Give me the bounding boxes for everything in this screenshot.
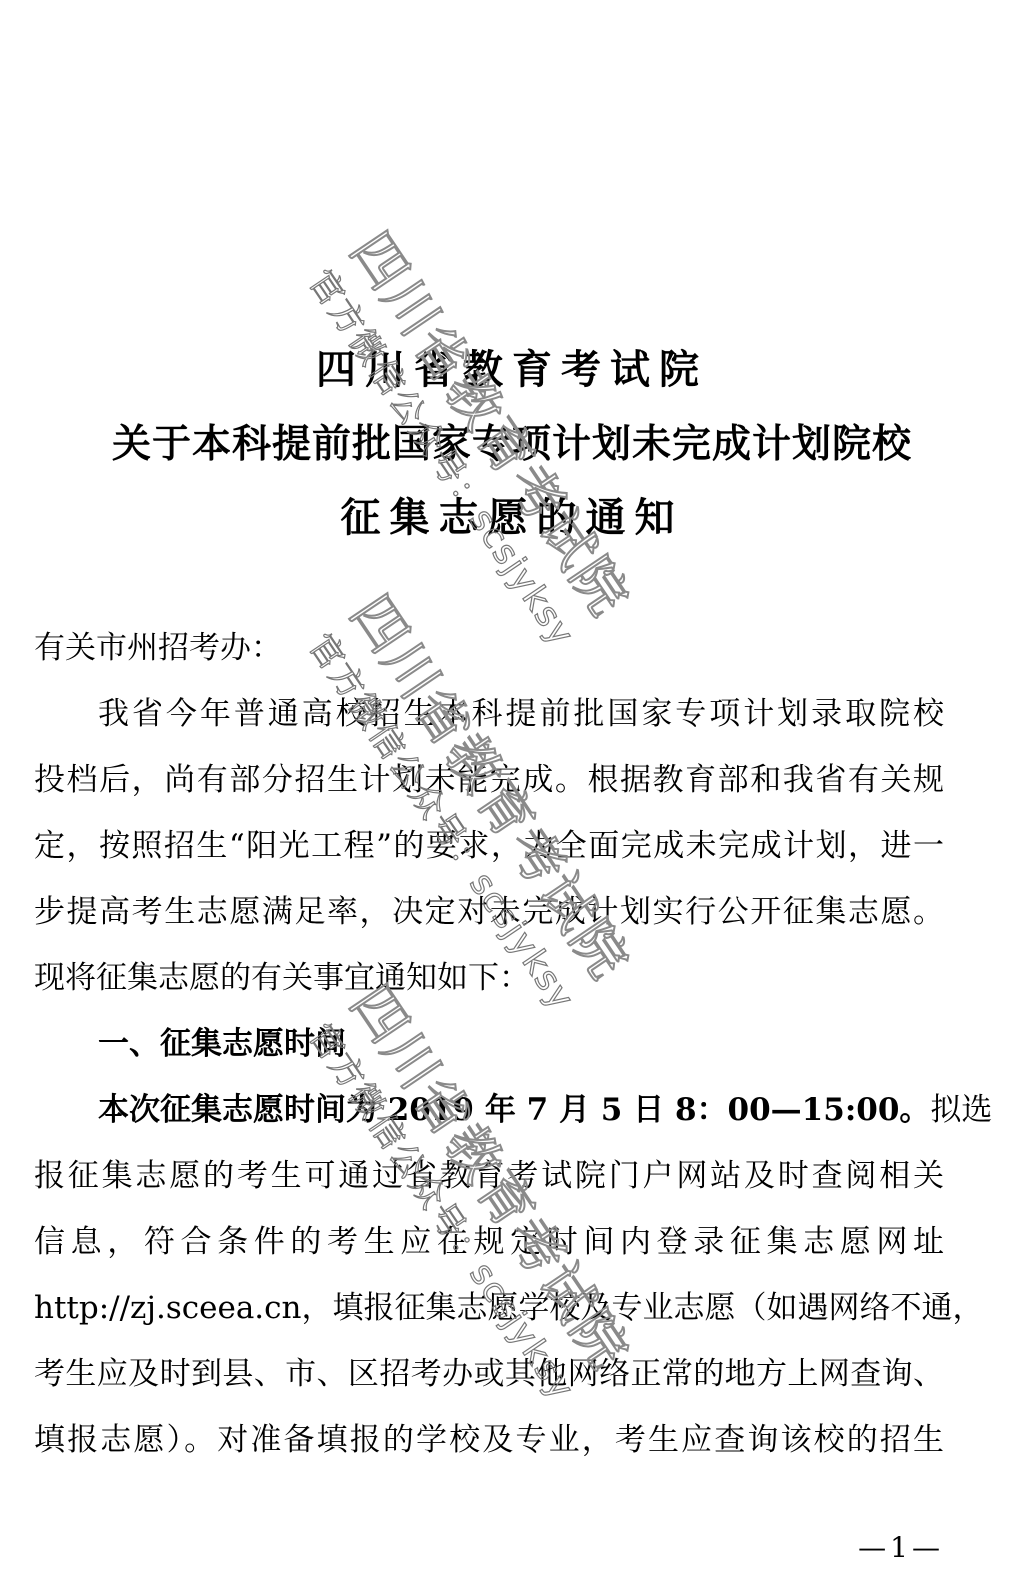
paragraph-line-url: http://zj.sceea.cn，填报征集志愿学校及专业志愿（如遇网络不通， xyxy=(34,1288,944,1328)
paragraph-line: 填报志愿）。对准备填报的学校及专业，考生应查询该校的招生 xyxy=(34,1420,944,1460)
paragraph-line: 信息，符合条件的考生应在规定时间内登录征集志愿网址 xyxy=(34,1222,944,1262)
watermark-account: 官方微信公众号：scsjyksy xyxy=(299,1012,589,1409)
paragraph-line: 步提高考生志愿满足率，决定对未完成计划实行公开征集志愿。 xyxy=(34,892,944,932)
paragraph-line: 报征集志愿的考生可通过省教育考试院门户网站及时查阅相关 xyxy=(34,1156,944,1196)
paragraph-line: 考生应及时到县、市、区招考办或其他网络正常的地方上网查询、 xyxy=(34,1354,944,1394)
paragraph-tail: 拟选 xyxy=(930,1090,992,1130)
title-notice: 征集志愿的通知 xyxy=(0,494,1024,542)
salutation: 有关市州招考办： xyxy=(34,628,944,668)
deadline-text: 本次征集志愿时间为 2019 年 7 月 5 日 8：00—15:00。 xyxy=(98,1090,930,1130)
title-org: 四川省教育考试院 xyxy=(0,346,1024,394)
section-heading: 一、征集志愿时间 xyxy=(34,1024,944,1064)
paragraph-line: 投档后，尚有部分招生计划未能完成。根据教育部和我省有关规 xyxy=(34,760,944,800)
section-first-line: 本次征集志愿时间为 2019 年 7 月 5 日 8：00—15:00。 拟选 xyxy=(34,1090,944,1130)
title-subject: 关于本科提前批国家专项计划未完成计划院校 xyxy=(0,420,1024,468)
document-page: 四川省教育考试院 关于本科提前批国家专项计划未完成计划院校 征集志愿的通知 有关… xyxy=(0,0,1024,1571)
paragraph-line: 定，按照招生“阳光工程”的要求，为全面完成未完成计划，进一 xyxy=(34,826,944,866)
paragraph-line: 现将征集志愿的有关事宜通知如下： xyxy=(34,958,944,998)
paragraph-line: 我省今年普通高校招生本科提前批国家专项计划录取院校 xyxy=(34,694,944,734)
page-number: —1— xyxy=(858,1530,944,1566)
